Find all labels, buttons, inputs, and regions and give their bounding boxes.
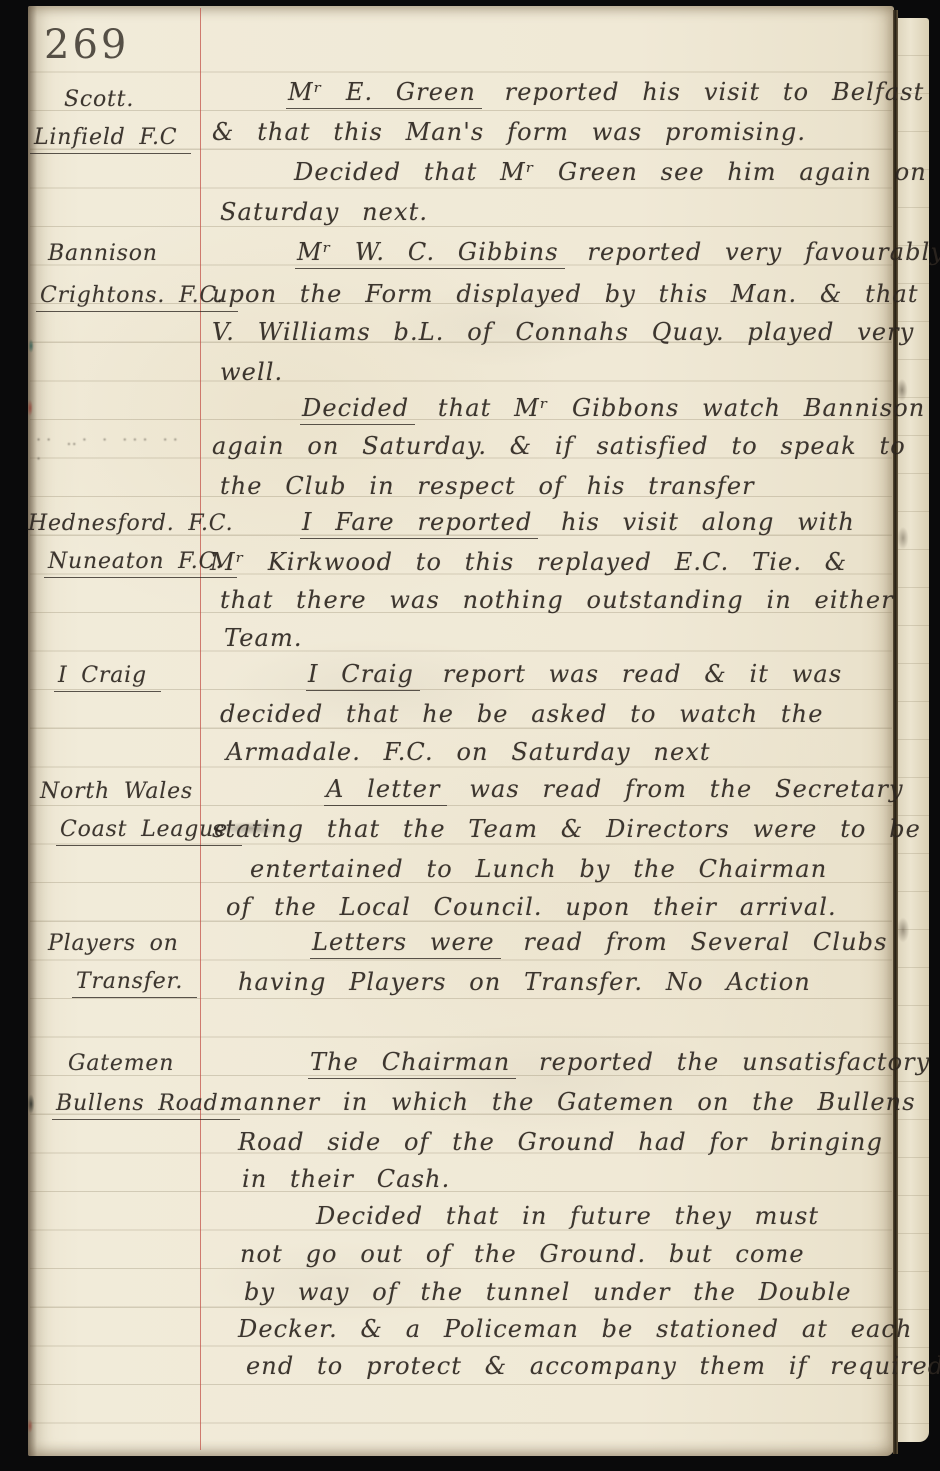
body-line: I Fare reported his visit along with: [300, 506, 855, 538]
adjacent-page-edge: [898, 18, 929, 1442]
margin-heading-underline: Nuneaton F.C.: [44, 549, 237, 578]
body-line: Mʳ W. C. Gibbins reported very favourabl…: [295, 236, 940, 268]
body-line: not go out of the Ground. but come: [240, 1238, 805, 1270]
body-text: reported his visit to Belfast: [482, 78, 924, 106]
minute-book-photograph: 269 Scott. Linfield F.C Mʳ E. Green repo…: [0, 0, 940, 1471]
margin-heading-underline: Linfield F.C: [30, 125, 191, 154]
body-line: manner in which the Gatemen on the Bulle…: [220, 1086, 916, 1118]
body-text: report was read & it was: [420, 660, 842, 688]
body-line: entertained to Lunch by the Chairman: [250, 853, 827, 885]
binding-edge: [28, 6, 37, 1456]
body-line: end to protect & accompany them if requi…: [246, 1350, 940, 1382]
underlined-phrase: Decided: [300, 394, 415, 425]
body-line: I Craig report was read & it was: [306, 658, 842, 690]
red-margin-line: [200, 8, 201, 1450]
body-line: V. Williams b.L. of Connahs Quay. played…: [212, 316, 914, 348]
margin-heading: Bullens Road.: [52, 1088, 240, 1120]
body-line: upon the Form displayed by this Man. & t…: [212, 278, 919, 310]
underlined-phrase: Mʳ E. Green: [286, 78, 482, 109]
body-line: having Players on Transfer. No Action: [238, 966, 811, 998]
underlined-phrase: Mʳ W. C. Gibbins: [295, 238, 565, 269]
body-line: again on Saturday. & if satisfied to spe…: [212, 430, 906, 462]
margin-heading: Scott.: [64, 84, 134, 116]
body-line: Letters were read from Several Clubs: [310, 926, 888, 958]
margin-heading-underline: Crightons. F.C.: [36, 283, 238, 312]
page-number: 269: [44, 22, 129, 68]
body-line: Saturday next.: [220, 196, 428, 228]
body-text: read from Several Clubs: [501, 928, 888, 956]
margin-heading: Nuneaton F.C.: [44, 546, 237, 578]
underlined-phrase: Letters were: [310, 928, 501, 959]
margin-heading-underline: Transfer.: [72, 969, 197, 998]
ink-blot: [214, 822, 288, 835]
margin-heading: Crightons. F.C.: [36, 280, 238, 312]
margin-heading: Players on: [48, 928, 179, 960]
body-text: his visit along with: [538, 508, 855, 536]
body-line: Decided that Mʳ Green see him again on: [294, 156, 927, 188]
margin-heading-underline: I Craig: [54, 663, 161, 692]
body-text: that Mʳ Gibbons watch Bannison: [415, 394, 925, 422]
body-text: was read from the Secretary: [447, 775, 904, 803]
body-line: decided that he be asked to watch the: [220, 698, 824, 730]
margin-heading: Linfield F.C: [30, 122, 191, 154]
margin-heading: North Wales: [40, 776, 193, 808]
body-line: of the Local Council. upon their arrival…: [226, 891, 837, 923]
body-line: Decker. & a Policeman be stationed at ea…: [238, 1313, 913, 1345]
body-line: & that this Man's form was promising.: [212, 116, 806, 148]
margin-heading-underline: Bullens Road.: [52, 1091, 240, 1120]
body-text: reported the unsatisfactory: [516, 1048, 930, 1076]
body-line: The Chairman reported the unsatisfactory: [308, 1046, 930, 1078]
underlined-phrase: A letter: [324, 775, 447, 806]
body-line: Decided that Mʳ Gibbons watch Bannison: [300, 392, 925, 424]
body-line: well.: [220, 356, 283, 388]
body-text: reported very favourably: [565, 238, 940, 266]
margin-heading: Transfer.: [72, 966, 197, 998]
underlined-phrase: I Craig: [306, 660, 420, 691]
body-line: the Club in respect of his transfer: [220, 470, 755, 502]
margin-heading: Gatemen: [68, 1048, 174, 1080]
body-line: Decided that in future they must: [316, 1200, 819, 1232]
body-line: Team.: [224, 622, 303, 654]
body-line: by way of the tunnel under the Double: [244, 1276, 852, 1308]
margin-heading: Bannison: [48, 238, 158, 270]
body-line: Mʳ Kirkwood to this replayed E.C. Tie. &: [210, 546, 847, 578]
underlined-phrase: I Fare reported: [300, 508, 538, 539]
body-line: that there was nothing outstanding in ei…: [220, 584, 894, 616]
margin-heading: I Craig: [54, 660, 161, 692]
body-line: stating that the Team & Directors were t…: [212, 813, 921, 845]
erased-text-smudge: ·· ‥· · ··· ·· ·: [36, 430, 196, 468]
underlined-phrase: The Chairman: [308, 1048, 516, 1079]
body-line: Mʳ E. Green reported his visit to Belfas…: [286, 76, 924, 108]
body-line: A letter was read from the Secretary: [324, 773, 904, 805]
body-line: in their Cash.: [242, 1163, 450, 1195]
body-line: Road side of the Ground had for bringing: [238, 1126, 883, 1158]
margin-heading: Hednesford. F.C.: [28, 508, 233, 540]
body-line: Armadale. F.C. on Saturday next: [226, 736, 711, 768]
